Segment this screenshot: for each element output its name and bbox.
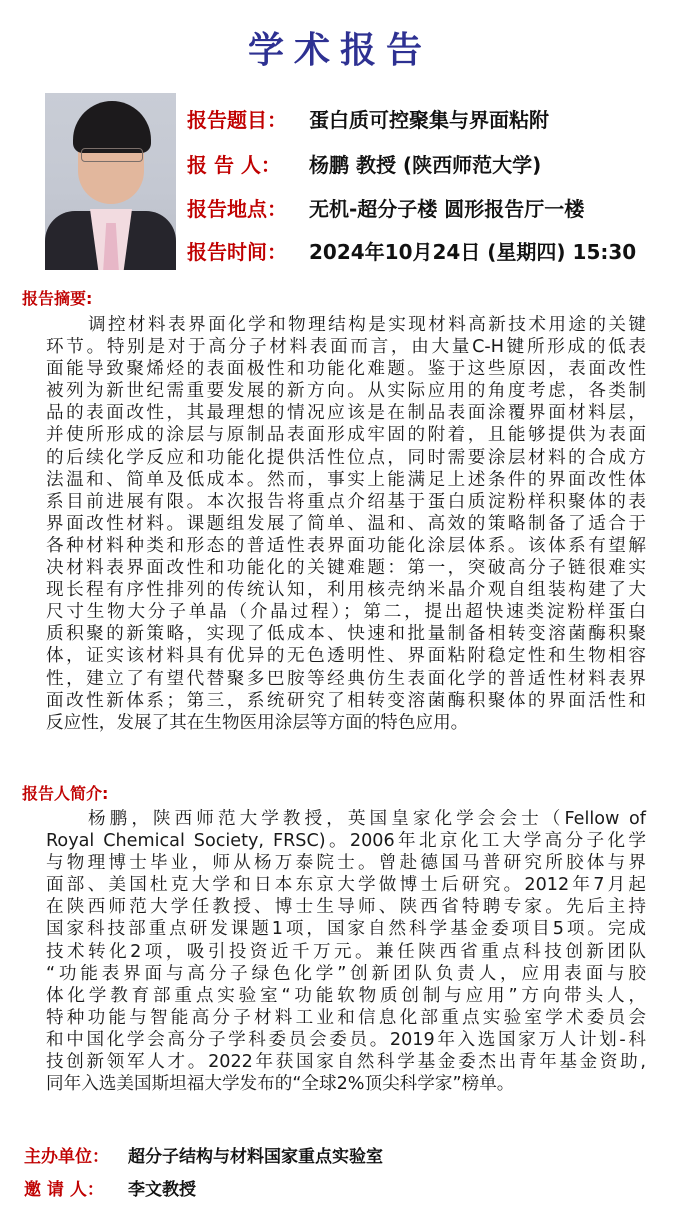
inviter-value: 李文教授 [128,1180,196,1200]
abstract-line: 界面改性材料。课题组发展了简单、温和、高效的策略制备了适合于 [46,513,646,535]
location-value: 无机-超分子楼 圆形报告厅一楼 [309,197,584,221]
bio-line: 同年入选美国斯坦福大学发布的“全球2%顶尖科学家”榜单。 [46,1073,646,1095]
abstract-heading: 报告摘要: [22,286,92,309]
abstract-line: 各种材料种类和形态的普适性表界面功能化涂层体系。该体系有望解 [46,535,646,557]
location-label: 报告地点： [187,193,309,222]
abstract-line: 品的表面改性，其最理想的情况应该是在制品表面涂覆界面材料层， [46,402,646,424]
host-label: 主办单位： [24,1142,128,1167]
topic-label: 报告题目： [187,104,309,133]
speaker-photo [45,93,176,270]
abstract-line: 性，建立了有望代替聚多巴胺等经典仿生表面化学的普适性材料表界 [46,668,646,690]
abstract-line: 调控材料表界面化学和物理结构是实现材料高新技术用途的关键 [46,314,646,336]
info-location: 报告地点：无机-超分子楼 圆形报告厅一楼 [187,193,584,222]
info-topic: 报告题目：蛋白质可控聚集与界面粘附 [187,104,549,133]
abstract-line: 法温和、简单及低成本。然而，事实上能满足上述条件的界面改性体 [46,469,646,491]
bio-body: 杨鹏，陕西师范大学教授，英国皇家化学会会士（Fellow of Royal Ch… [46,808,646,1095]
speaker-value: 杨鹏 教授 (陕西师范大学) [309,153,541,177]
abstract-line: 面能导致聚烯烃的表面极性和功能化难题。鉴于这些原因，表面改性 [46,358,646,380]
abstract-line: 面改性新体系；第三，系统研究了相转变溶菌酶积聚体的界面活性和 [46,690,646,712]
abstract-line: 现长程有序性排列的传统认知，利用核壳纳米晶介观自组装构建了大 [46,579,646,601]
abstract-line: 系目前进展有限。本次报告将重点介绍基于蛋白质淀粉样积聚体的表 [46,491,646,513]
page-title: 学术报告 [0,22,680,73]
time-value: 2024年10月24日 (星期四) 15:30 [309,240,636,264]
info-time: 报告时间：2024年10月24日 (星期四) 15:30 [187,236,636,265]
abstract-line: 的后续化学反应和功能化提供活性位点，同时需要涂层材料的合成方 [46,447,646,469]
abstract-line: 并使所形成的涂层与原制品表面形成牢固的附着，且能够提供为表面 [46,424,646,446]
host-value: 超分子结构与材料国家重点实验室 [128,1147,383,1167]
abstract-line: 质积聚的新策略，实现了低成本、快速和批量制备相转变溶菌酶积聚 [46,623,646,645]
bio-line: 和中国化学会高分子学科委员会委员。2019年入选国家万人计划-科 [46,1029,646,1051]
abstract-line: 反应性，发展了其在生物医用涂层等方面的特色应用。 [46,712,646,734]
abstract-line: 尺寸生物大分子单晶（介晶过程）；第二，提出超快速类淀粉样蛋白 [46,601,646,623]
bio-heading: 报告人简介: [22,781,108,804]
footer-host: 主办单位：超分子结构与材料国家重点实验室 [24,1142,383,1167]
bio-line: 国家科技部重点研发课题1项，国家自然科学基金委项目5项。完成 [46,918,646,940]
bio-line: 技术转化2项，吸引投资近千万元。兼任陕西省重点科技创新团队 [46,941,646,963]
abstract-line: 被列为新世纪需重要发展的新方向。从实际应用的角度考虑，各类制 [46,380,646,402]
bio-line: 技创新领军人才。2022年获国家自然科学基金委杰出青年基金资助, [46,1051,646,1073]
abstract-body: 调控材料表界面化学和物理结构是实现材料高新技术用途的关键 环节。特别是对于高分子… [46,314,646,734]
speaker-label: 报 告 人： [187,149,309,178]
abstract-line: 体，证实该材料具有优异的无色透明性、界面粘附稳定性和生物相容 [46,645,646,667]
bio-line: 与物理博士毕业，师从杨万泰院士。曾赴德国马普研究所胶体与界 [46,852,646,874]
footer-inviter: 邀 请 人：李文教授 [24,1175,196,1200]
bio-line: 杨鹏，陕西师范大学教授，英国皇家化学会会士（Fellow of [46,808,646,830]
topic-value: 蛋白质可控聚集与界面粘附 [309,108,549,132]
abstract-line: 环节。特别是对于高分子材料表面而言，由大量C-H键所形成的低表 [46,336,646,358]
bio-line: 在陕西师范大学任教授、博士生导师、陕西省特聘专家。先后主持 [46,896,646,918]
time-label: 报告时间： [187,236,309,265]
info-speaker: 报 告 人：杨鹏 教授 (陕西师范大学) [187,149,541,178]
bio-line: 体化学教育部重点实验室“功能软物质创制与应用”方向带头人， [46,985,646,1007]
bio-line: Royal Chemical Society, FRSC)。2006年北京化工大… [46,830,646,852]
bio-line: 面部、美国杜克大学和日本东京大学做博士后研究。2012年7月起 [46,874,646,896]
bio-line: 特种功能与智能高分子材料工业和信息化部重点实验室学术委员会 [46,1007,646,1029]
abstract-line: 决材料表界面改性和功能化的关键难题：第一，突破高分子链很难实 [46,557,646,579]
inviter-label: 邀 请 人： [24,1175,128,1200]
bio-line: “功能表界面与高分子绿色化学”创新团队负责人，应用表面与胶 [46,963,646,985]
